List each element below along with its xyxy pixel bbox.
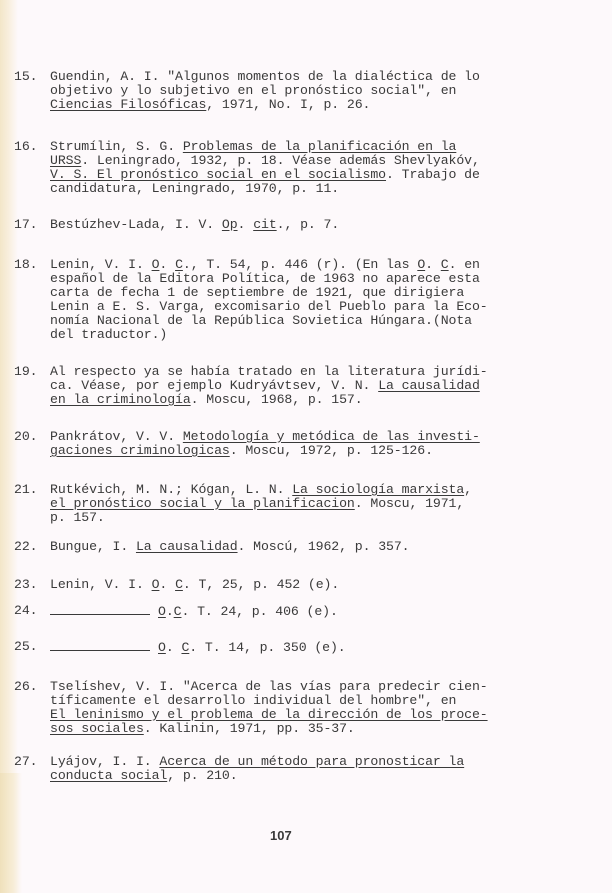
endnote-number: 24. <box>14 604 50 618</box>
text-line: Lyájov, I. I. Acerca de un método para p… <box>50 755 464 769</box>
ibid-blank-line <box>50 640 150 651</box>
underlined-title: El pronóstico social en el socialismo <box>97 167 386 182</box>
text-segment: carta de fecha 1 de septiembre de 1921, … <box>50 285 464 300</box>
text-line: gaciones criminologicas. Moscu, 1972, p.… <box>50 444 480 458</box>
text-segment: , 1971, No. I, p. 26. <box>206 97 370 112</box>
text-line: V. S. El pronóstico social en el sociali… <box>50 168 480 182</box>
text-segment: . T. 14, p. 350 (e). <box>189 640 345 655</box>
text-segment: . Moscu, 1972, p. 125-126. <box>230 443 433 458</box>
text-segment: Strumílin, S. G. <box>50 139 183 154</box>
endnote-number: 27. <box>14 755 50 769</box>
endnote-text: Rutkévich, M. N.; Kógan, L. N. La sociol… <box>50 483 472 525</box>
underlined-title: el pronóstico social y la planificacion <box>50 496 355 511</box>
endnote-number: 21. <box>14 483 50 497</box>
underlined-title: cit <box>253 217 276 232</box>
text-line: URSS. Leningrado, 1932, p. 18. Véase ade… <box>50 154 480 168</box>
underlined-title: en la criminología <box>50 392 191 407</box>
endnote-text: Lenin, V. I. O. C. T, 25, p. 452 (e). <box>50 578 339 592</box>
underlined-title: conducta social <box>50 768 167 783</box>
text-line: Tselíshev, V. I. "Acerca de las vías par… <box>50 680 488 694</box>
text-line: Lenin a E. S. Varga, excomisario del Pue… <box>50 300 488 314</box>
page-number: 107 <box>270 828 292 843</box>
underlined-title: Acerca de un método para pronosticar la <box>159 754 464 769</box>
text-line: carta de fecha 1 de septiembre de 1921, … <box>50 286 488 300</box>
text-line: sos sociales. Kalinin, 1971, pp. 35-37. <box>50 722 488 736</box>
underlined-title: La causalidad <box>378 378 480 393</box>
underlined-title: O <box>417 257 425 272</box>
endnote-number: 16. <box>14 140 50 154</box>
text-segment: . Moscu, 1968, p. 157. <box>191 392 363 407</box>
underlined-title: Problemas de la planificación en la <box>183 139 456 154</box>
endnote-text: O.C. T. 24, p. 406 (e). <box>50 604 338 619</box>
text-segment: . <box>166 640 182 655</box>
ibid-blank-line <box>50 604 150 615</box>
text-line: el pronóstico social y la planificacion.… <box>50 497 472 511</box>
text-line: p. 157. <box>50 511 472 525</box>
text-segment: ., T. 54, p. 446 (r). (En las <box>183 257 417 272</box>
text-segment: Rutkévich, M. N.; Kógan, L. N. <box>50 482 292 497</box>
underlined-title: C <box>175 577 183 592</box>
text-segment: . <box>425 257 441 272</box>
text-line: Lenin, V. I. O. C., T. 54, p. 446 (r). (… <box>50 258 488 272</box>
text-line: Pankrátov, V. V. Metodología y metódica … <box>50 430 480 444</box>
underlined-title: La sociología marxista <box>292 482 464 497</box>
text-line: Ciencias Filosóficas, 1971, No. I, p. 26… <box>50 98 480 112</box>
underlined-title: O <box>158 640 166 655</box>
text-segment: . Kalinin, 1971, pp. 35-37. <box>144 721 355 736</box>
text-segment: . T. 24, p. 406 (e). <box>181 604 337 619</box>
text-line: El leninismo y el problema de la direcci… <box>50 708 488 722</box>
text-segment: nomía Nacional de la República Sovietica… <box>50 313 472 328</box>
text-segment: del traductor.) <box>50 327 167 342</box>
text-segment: . <box>238 217 254 232</box>
endnote-text: Bestúzhev-Lada, I. V. Op. cit., p. 7. <box>50 218 339 232</box>
text-segment: . Moscu, 1971, <box>355 496 464 511</box>
text-line: Lenin, V. I. O. C. T, 25, p. 452 (e). <box>50 578 339 592</box>
text-segment: . <box>159 257 175 272</box>
text-line: en la criminología. Moscu, 1968, p. 157. <box>50 393 488 407</box>
endnote-number: 25. <box>14 640 50 654</box>
underlined-title: URSS <box>50 153 81 168</box>
text-segment: . Leningrado, 1932, p. 18. Véase además … <box>81 153 480 168</box>
text-line: candidatura, Leningrado, 1970, p. 11. <box>50 182 480 196</box>
text-segment: p. 157. <box>50 510 105 525</box>
underlined-title: O <box>158 604 166 619</box>
text-line: tíficamente el desarrollo individual del… <box>50 694 488 708</box>
endnote-text: Strumílin, S. G. Problemas de la planifi… <box>50 140 480 196</box>
endnote-text: Tselíshev, V. I. "Acerca de las vías par… <box>50 680 488 736</box>
underlined-title: V. S. <box>50 167 97 182</box>
underlined-title: sos sociales <box>50 721 144 736</box>
text-segment: , p. 210. <box>167 768 237 783</box>
text-segment: Lenin, V. I. <box>50 577 152 592</box>
text-line: Strumílin, S. G. Problemas de la planifi… <box>50 140 480 154</box>
text-line: O.C. T. 24, p. 406 (e). <box>50 604 338 619</box>
text-line: O. C. T. 14, p. 350 (e). <box>50 640 346 655</box>
underlined-title: La causalidad <box>136 539 238 554</box>
text-segment: . <box>166 604 174 619</box>
underlined-title: gaciones criminologicas <box>50 443 230 458</box>
endnote-number: 17. <box>14 218 50 232</box>
text-line: español de la Editora Política, de 1963 … <box>50 272 488 286</box>
endnote-number: 26. <box>14 680 50 694</box>
endnote-text: Al respecto ya se había tratado en la li… <box>50 365 488 407</box>
endnote-number: 22. <box>14 540 50 554</box>
text-line: Guendin, A. I. "Algunos momentos de la d… <box>50 70 480 84</box>
text-segment: objetivo y lo subjetivo en el pronóstico… <box>50 83 456 98</box>
document-page: 15.Guendin, A. I. "Algunos momentos de l… <box>0 0 612 893</box>
text-segment: ca. Véase, por ejemplo Kudryávtsev, V. N… <box>50 378 378 393</box>
underlined-title: El leninismo y el problema de la direcci… <box>50 707 488 722</box>
underlined-title: Metodología y metódica de las investi- <box>183 429 480 444</box>
text-segment: Bestúzhev-Lada, I. V. <box>50 217 222 232</box>
text-line: Al respecto ya se había tratado en la li… <box>50 365 488 379</box>
text-line: conducta social, p. 210. <box>50 769 464 783</box>
text-segment: Bungue, I. <box>50 539 136 554</box>
text-line: Bungue, I. La causalidad. Moscú, 1962, p… <box>50 540 409 554</box>
text-segment: tíficamente el desarrollo individual del… <box>50 693 456 708</box>
text-line: nomía Nacional de la República Sovietica… <box>50 314 488 328</box>
endnote-text: Lyájov, I. I. Acerca de un método para p… <box>50 755 464 783</box>
text-segment: Lenin a E. S. Varga, excomisario del Pue… <box>50 299 488 314</box>
text-line: objetivo y lo subjetivo en el pronóstico… <box>50 84 480 98</box>
text-segment: Lenin, V. I. <box>50 257 152 272</box>
underlined-title: Ciencias Filosóficas <box>50 97 206 112</box>
text-segment: Pankrátov, V. V. <box>50 429 183 444</box>
endnote-text: Bungue, I. La causalidad. Moscú, 1962, p… <box>50 540 409 554</box>
endnote-number: 20. <box>14 430 50 444</box>
text-segment: . Trabajo de <box>386 167 480 182</box>
endnote-number: 18. <box>14 258 50 272</box>
endnote-text: Lenin, V. I. O. C., T. 54, p. 446 (r). (… <box>50 258 488 342</box>
endnote-number: 15. <box>14 70 50 84</box>
endnote-text: Guendin, A. I. "Algunos momentos de la d… <box>50 70 480 112</box>
text-segment: ., p. 7. <box>277 217 340 232</box>
text-segment: . <box>159 577 175 592</box>
underlined-title: C <box>175 257 183 272</box>
text-segment: . T, 25, p. 452 (e). <box>183 577 339 592</box>
text-segment: . Moscú, 1962, p. 357. <box>238 539 410 554</box>
endnote-number: 19. <box>14 365 50 379</box>
text-segment: español de la Editora Política, de 1963 … <box>50 271 480 286</box>
text-line: del traductor.) <box>50 328 488 342</box>
endnote-text: Pankrátov, V. V. Metodología y metódica … <box>50 430 480 458</box>
underlined-title: C <box>441 257 449 272</box>
text-segment: Tselíshev, V. I. "Acerca de las vías par… <box>50 679 488 694</box>
text-segment: candidatura, Leningrado, 1970, p. 11. <box>50 181 339 196</box>
endnote-text: O. C. T. 14, p. 350 (e). <box>50 640 346 655</box>
text-segment: Guendin, A. I. "Algunos momentos de la d… <box>50 69 480 84</box>
text-line: Bestúzhev-Lada, I. V. Op. cit., p. 7. <box>50 218 339 232</box>
text-line: Rutkévich, M. N.; Kógan, L. N. La sociol… <box>50 483 472 497</box>
text-segment: , <box>464 482 472 497</box>
text-line: ca. Véase, por ejemplo Kudryávtsev, V. N… <box>50 379 488 393</box>
text-segment: Al respecto ya se había tratado en la li… <box>50 364 488 379</box>
text-segment: Lyájov, I. I. <box>50 754 159 769</box>
text-segment: . en <box>449 257 480 272</box>
underlined-title: Op <box>222 217 238 232</box>
endnote-number: 23. <box>14 578 50 592</box>
